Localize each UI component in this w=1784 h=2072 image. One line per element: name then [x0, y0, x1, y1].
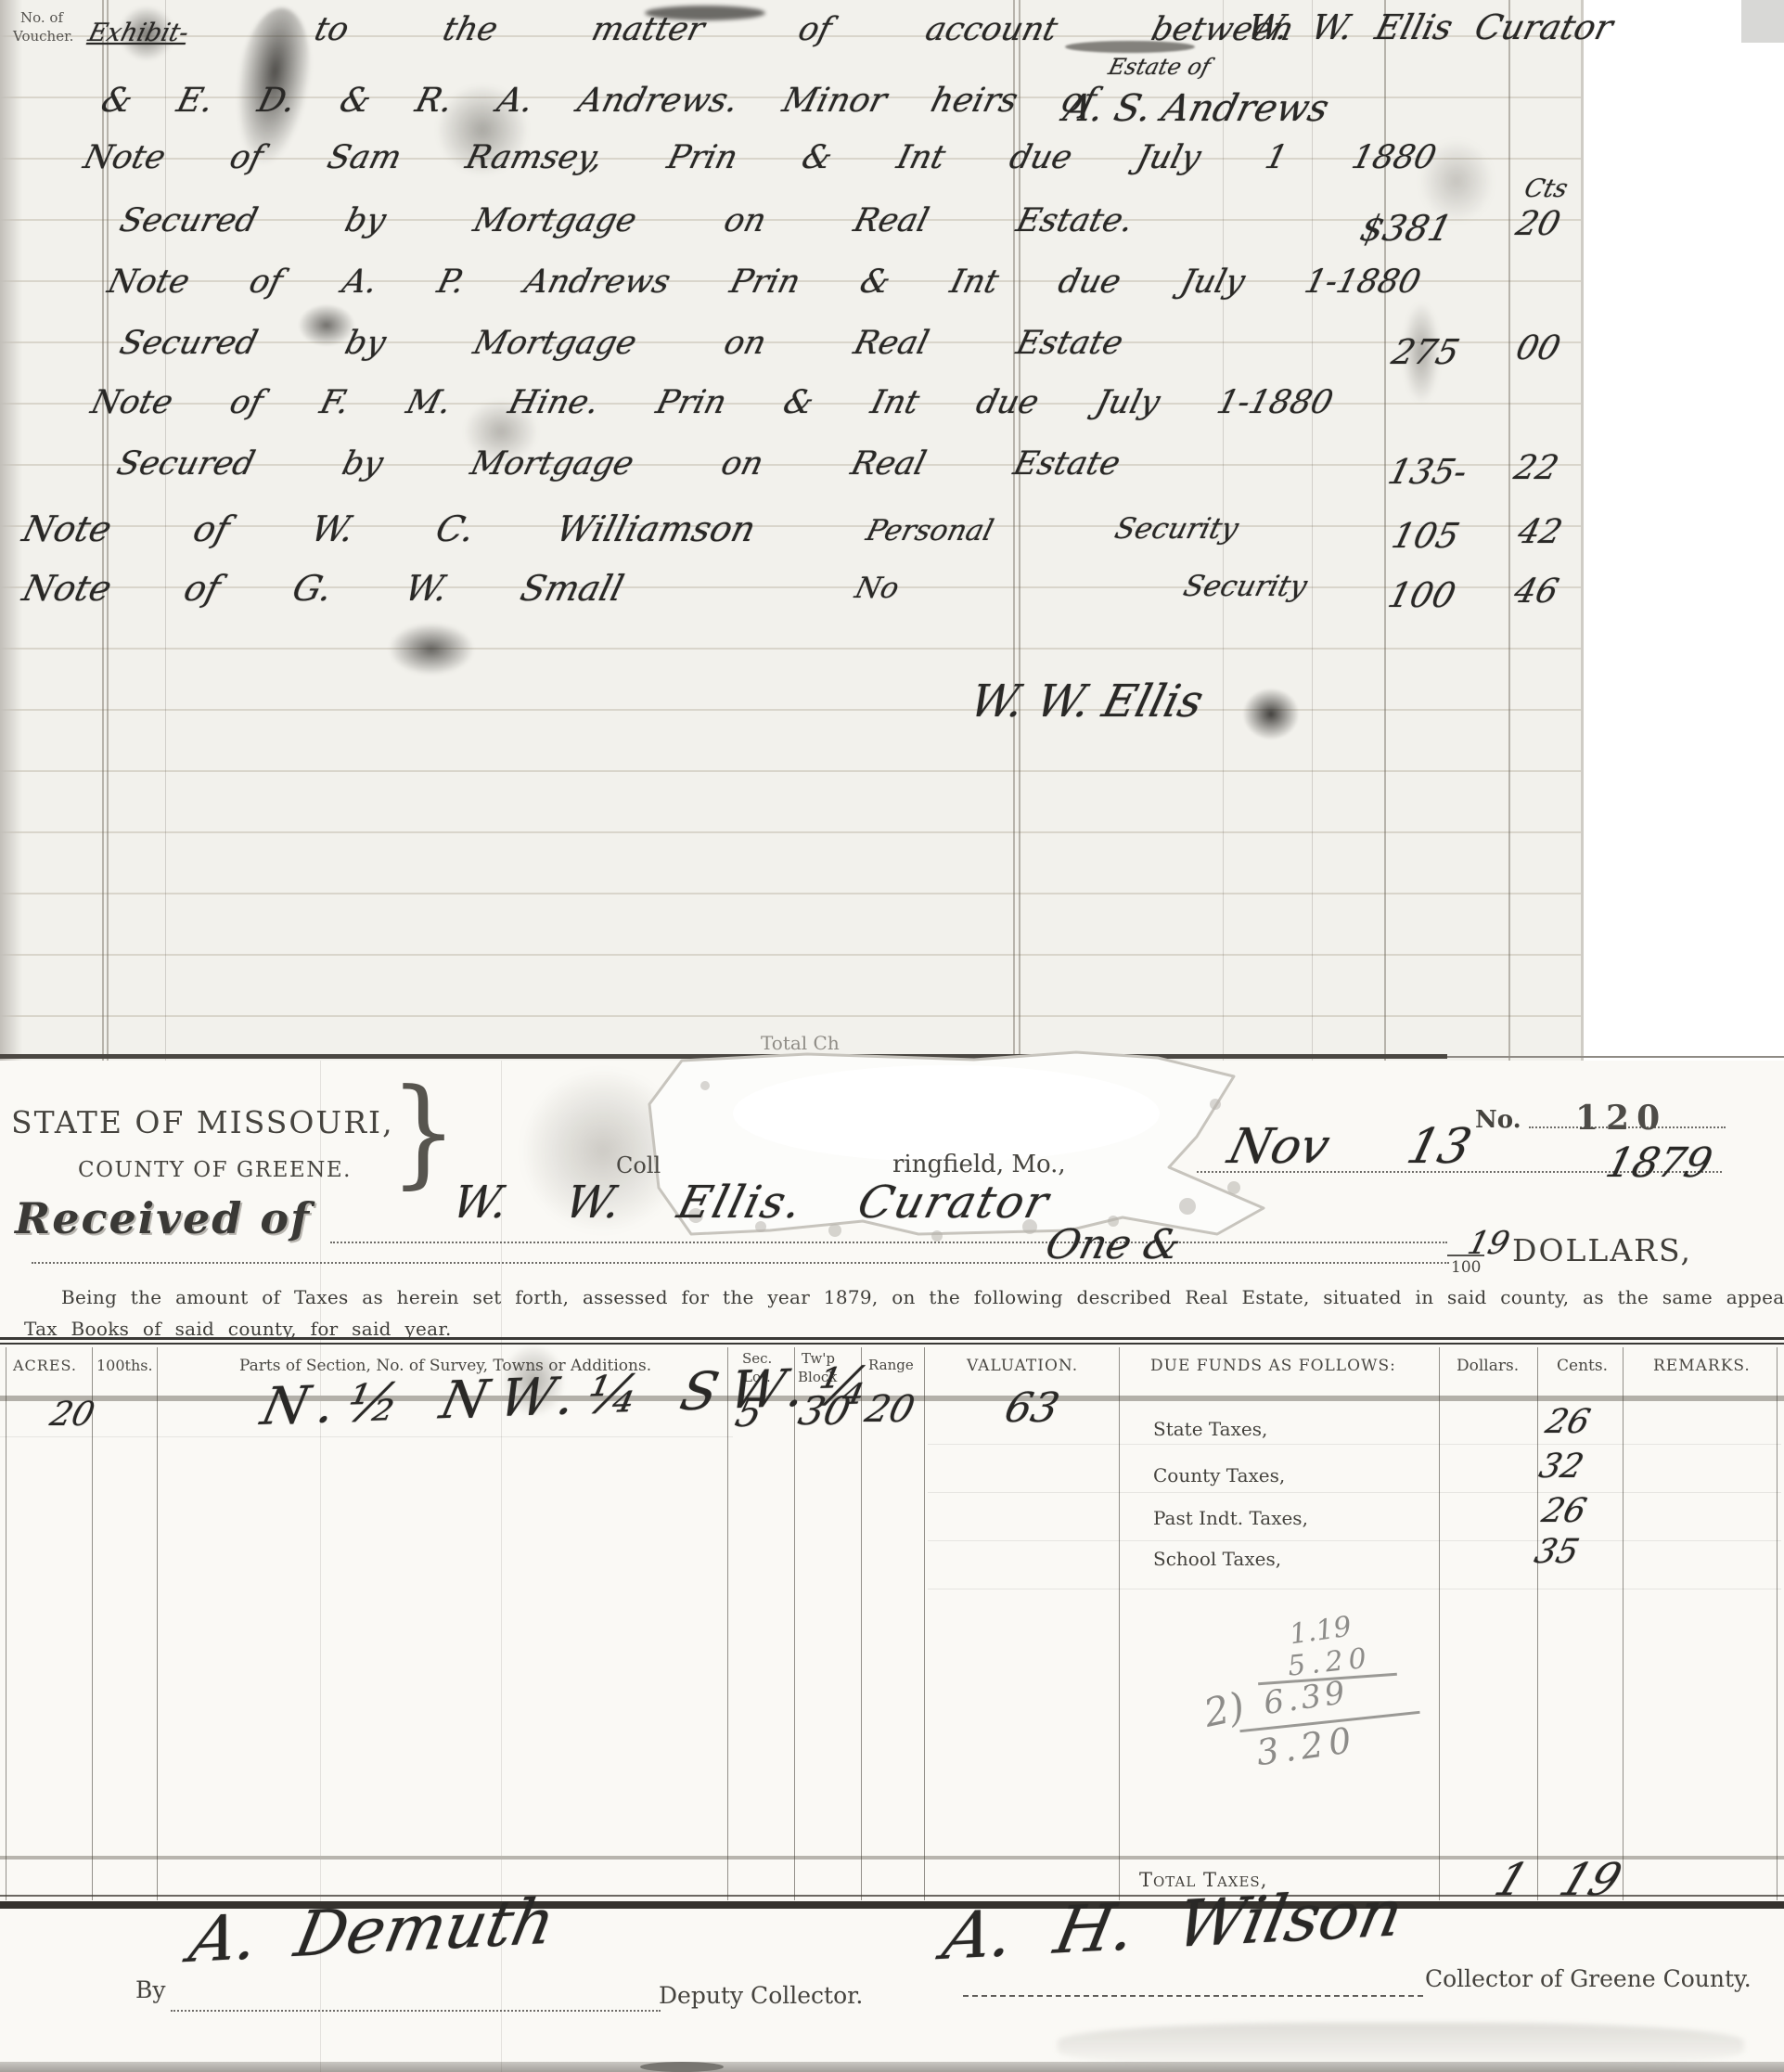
guide-line [928, 1540, 1781, 1541]
receipt-no-value: 120 [1575, 1099, 1667, 1138]
ledger-line2-name: A. S. Andrews [1059, 87, 1333, 130]
ledger-entry-williamson: Note of W. C. Williamson [19, 508, 760, 549]
received-of-label: Received of [15, 1193, 311, 1243]
col-header-100ths: 100ths. [96, 1357, 153, 1374]
collector-office-partial: Coll [616, 1152, 661, 1178]
voucher-label-line1: No. of [20, 9, 63, 26]
year-handwritten: 1879 [1601, 1139, 1717, 1187]
dollars-word: DOLLARS, [1512, 1232, 1692, 1268]
brace-glyph: } [390, 1075, 457, 1192]
bottom-edge-notch [640, 2062, 724, 2072]
collector-title: Collector of Greene County. [1425, 1965, 1752, 1992]
due-funds-state-label: State Taxes, [1153, 1418, 1267, 1440]
ledger-amount-dollars-1: $381 [1356, 208, 1457, 249]
ledger-entry-ramsey: Note of Sam Ramsey, Prin & Int due July … [80, 139, 1440, 176]
by-label: By [135, 1976, 166, 2003]
ledger-footer-partial: Total Ch [761, 1032, 840, 1054]
body-line1: Being the amount of Taxes as herein set … [61, 1286, 1784, 1308]
ledger-rule-line [1508, 0, 1510, 1061]
voucher-label-line2: Voucher. [13, 28, 73, 45]
col-header-remarks: REMARKS. [1653, 1357, 1751, 1375]
table-column-line [1777, 1347, 1778, 1900]
guide-line [928, 1444, 1781, 1445]
amount-words-handwritten: One & [1041, 1221, 1186, 1268]
state-heading: STATE OF MISSOURI, [11, 1104, 394, 1140]
scanner-corner [1741, 0, 1784, 43]
ledger-entry-small-security1: No [852, 572, 903, 605]
col-header-valuation: VALUATION. [967, 1357, 1078, 1375]
ledger-right-edge [1581, 0, 1584, 1061]
exhibit-note: Exhibit- [85, 19, 192, 47]
col-header-acres: ACRES. [13, 1357, 77, 1374]
ledger-amount-dollars-4: 105 [1388, 516, 1463, 556]
col-header-due-funds: DUE FUNDS AS FOLLOWS: [1150, 1357, 1396, 1375]
ledger-entry-secured-2: Secured by Mortgage on Real Estate [116, 325, 1127, 362]
table-column-line [1623, 1347, 1624, 1900]
ledger-left-edge-shadow [0, 0, 22, 1061]
amount-dotted-line [32, 1262, 1449, 1264]
ledger-entry-small: Note of G. W. Small [19, 568, 628, 609]
table-column-line [1537, 1347, 1538, 1900]
payer-handwritten: W. W. Ellis. Curator [447, 1177, 1055, 1229]
col-header-dollars: Dollars. [1457, 1357, 1519, 1375]
ledger-line1-name: W. W. Ellis Curator [1243, 7, 1617, 47]
ledger-entry-williamson-security1: Personal [863, 514, 997, 547]
ledger-entry-secured-1: Secured by Mortgage on Real Estate. [116, 202, 1137, 239]
ledger-line1-interline: Estate of [1106, 54, 1213, 80]
collector-signature-line [963, 1995, 1423, 1997]
ink-blot [1243, 689, 1299, 740]
ledger-amount-dollars-5: 100 [1384, 575, 1459, 615]
table-column-line [6, 1347, 6, 1900]
ledger-entry-williamson-security2: Security [1111, 512, 1242, 546]
ledger-entry-andrews: Note of A. P. Andrews Prin & Int due Jul… [104, 264, 1424, 301]
guide-line [0, 1436, 733, 1437]
table-column-line [1439, 1347, 1440, 1900]
table-column-line [1119, 1347, 1120, 1900]
county-heading: COUNTY OF GREENE. [78, 1158, 352, 1182]
guide-line [928, 1589, 1781, 1589]
ledger-entry-secured-3: Secured by Mortgage on Real Estate [113, 445, 1124, 483]
springfield-partial: ringfield, Mo., [892, 1151, 1066, 1178]
ledger-entry-hine: Note of F. M. Hine. Prin & Int due July … [87, 384, 1337, 421]
deputy-signature-line [171, 2010, 661, 2012]
ledger-amount-dollars-2: 275 [1388, 332, 1463, 372]
ledger-amount-dollars-3: 135- [1384, 452, 1471, 492]
table-column-line [924, 1347, 925, 1900]
ledger-line1-main: to the matter of account between [311, 11, 1297, 48]
stain [1058, 2023, 1744, 2069]
col-header-cents: Cents. [1557, 1357, 1608, 1375]
table-top-rule2 [0, 1343, 1784, 1345]
table-column-line [92, 1347, 93, 1900]
date-handwritten: Nov 13 [1223, 1119, 1477, 1175]
ledger-entry-small-security2: Security [1180, 570, 1311, 603]
paper-edge-line [1447, 1056, 1784, 1058]
ledger-cents-header: Cts [1521, 174, 1571, 203]
deputy-title: Deputy Collector. [659, 1982, 863, 2009]
ink-blot [390, 624, 473, 675]
received-dotted-line [330, 1242, 1447, 1243]
body-line2: Tax Books of said county, for said year. [24, 1318, 452, 1340]
ledger-line2-main: & E. D. & R. A. Andrews. Minor heirs of [97, 82, 1100, 120]
table-column-line [157, 1347, 158, 1900]
table-column-line [727, 1347, 728, 1900]
ledger-signature: W. W. Ellis [965, 676, 1209, 727]
total-taxes-value: 1 19 [1488, 1854, 1628, 1906]
fraction-denominator: 100 [1447, 1255, 1484, 1277]
due-funds-county-label: County Taxes, [1153, 1464, 1285, 1486]
guide-line [928, 1492, 1781, 1493]
scanned-document: No. of Voucher. Exhibit- to the matter o… [0, 0, 1784, 2072]
receipt-no-label: No. [1475, 1106, 1521, 1134]
due-funds-school-label: School Taxes, [1153, 1548, 1281, 1570]
due-funds-past-indt-label: Past Indt. Taxes, [1153, 1507, 1308, 1529]
